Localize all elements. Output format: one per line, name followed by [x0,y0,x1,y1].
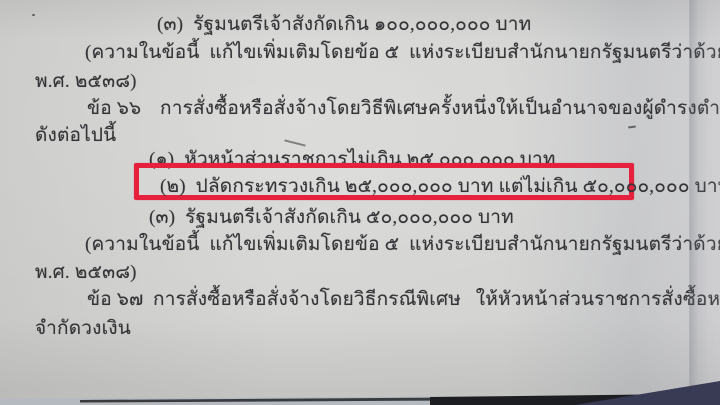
doc-line-clause-67-cont: จำกัดวงเงิน [35,313,131,343]
doc-line-item3-50m: (๓) รัฐมนตรีเจ้าสังกัดเกิน ๕๐,๐๐๐,๐๐๐ บา… [149,202,514,232]
doc-line-amendment-note-2-cont: พ.ศ. ๒๕๓๘) [35,257,137,287]
doc-line-item3-100m: (๓) รัฐมนตรีเจ้าสังกัดเกิน ๑๐๐,๐๐๐,๐๐๐ บ… [157,9,531,39]
doc-line-clause-67-body: การสั่งซื้อหรือสั่งจ้างโดยวิธีกรณีพิเศษ … [153,284,720,314]
paper-bottom-edge [0,379,720,405]
scan-speck [628,125,636,128]
paper-right-edge [689,0,720,405]
document-page: (๓) รัฐมนตรีเจ้าสังกัดเกิน ๑๐๐,๐๐๐,๐๐๐ บ… [0,0,720,405]
doc-line-amendment-note-1-cont: พ.ศ. ๒๕๓๘) [35,66,137,96]
doc-line-item2-highlighted: (๒) ปลัดกระทรวงเกิน ๒๕,๐๐๐,๐๐๐ บาท แต่ไม… [160,171,720,201]
doc-line-clause-67-label: ข้อ ๖๗ [87,284,144,314]
doc-line-amendment-note-1: (ความในข้อนี้ แก้ไขเพิ่มเติมโดยข้อ ๕ แห่… [85,37,720,67]
doc-line-amendment-note-2: (ความในข้อนี้ แก้ไขเพิ่มเติมโดยข้อ ๕ แห่… [85,229,720,259]
doc-line-clause-66-cont: ดังต่อไปนี้ [35,120,116,150]
doc-line-clause-66-body: การสั่งซื้อหรือสั่งจ้างโดยวิธีพิเศษครั้ง… [160,93,720,123]
scan-speck [32,14,35,16]
doc-line-clause-66-label: ข้อ ๖๖ [87,93,141,123]
